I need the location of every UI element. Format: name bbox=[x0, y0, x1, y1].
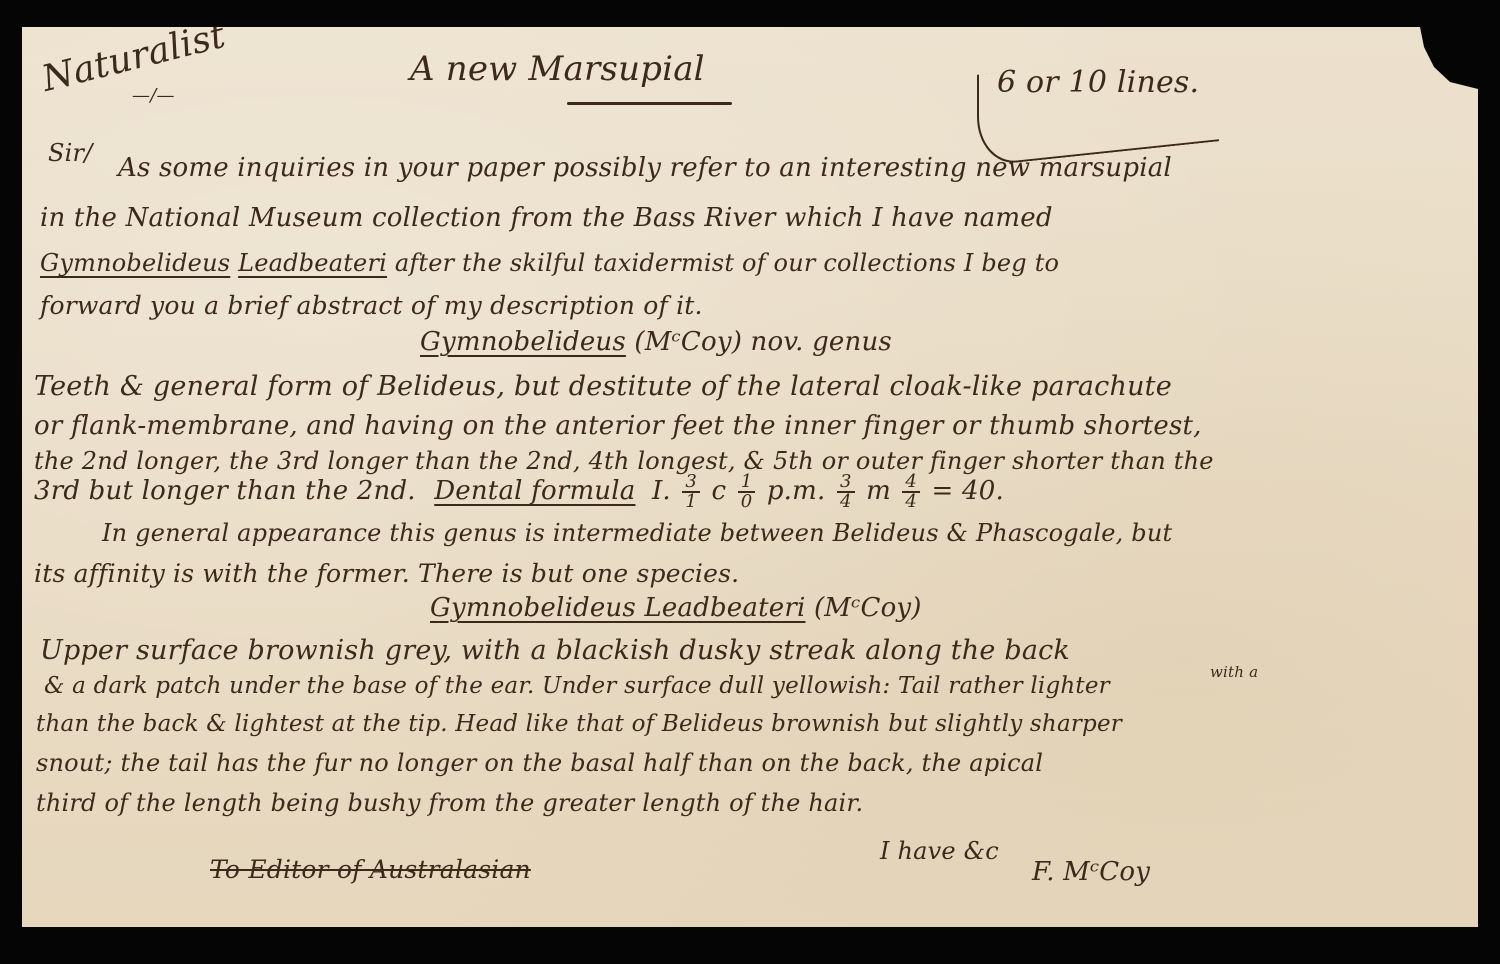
premolar-label: p.m. bbox=[767, 476, 826, 506]
paragraph-1-line-1: As some inquiries in your paper possibly… bbox=[118, 153, 1172, 183]
genus-name-underlined: Gymnobelideus bbox=[40, 249, 230, 277]
dental-formula-line: 3rd but longer than the 2nd. Dental form… bbox=[34, 473, 1004, 511]
struck-address: To Editor of Australasian bbox=[210, 855, 531, 884]
dental-formula-label: Dental formula bbox=[434, 476, 635, 506]
paragraph-1-line-3: Gymnobelideus Leadbeateri after the skil… bbox=[40, 249, 1059, 277]
species-heading-author: (MᶜCoy) bbox=[814, 593, 922, 623]
paragraph-3-line-2: its affinity is with the former. There i… bbox=[34, 559, 739, 588]
line-3-rest: after the skilful taxidermist of our col… bbox=[395, 249, 1059, 277]
species-description-line-4: snout; the tail has the fur no longer on… bbox=[36, 749, 1043, 777]
signature: F. MᶜCoy bbox=[1032, 857, 1150, 887]
species-heading: Gymnobelideus Leadbeateri (MᶜCoy) bbox=[430, 593, 922, 623]
genus-description-line-2: or flank-membrane, and having on the ant… bbox=[34, 411, 1202, 441]
genus-heading: Gymnobelideus (MᶜCoy) nov. genus bbox=[420, 327, 892, 357]
canine-label: c bbox=[711, 476, 726, 506]
title-text: A new Marsupial bbox=[410, 49, 705, 89]
premolar-fraction: 34 bbox=[837, 473, 855, 511]
genus-heading-name: Gymnobelideus bbox=[420, 327, 626, 357]
species-description-line-2: & a dark patch under the base of the ear… bbox=[44, 673, 1110, 699]
manuscript-page: Naturalist —/— A new Marsupial 6 or 10 l… bbox=[22, 27, 1478, 927]
genus-description-line-4: 3rd but longer than the 2nd. bbox=[34, 476, 416, 506]
insertion-note: with a bbox=[1210, 663, 1258, 681]
species-description-line-3: than the back & lightest at the tip. Hea… bbox=[36, 711, 1122, 737]
incisor-fraction: 31 bbox=[682, 473, 700, 511]
genus-heading-rest: (MᶜCoy) nov. genus bbox=[634, 327, 892, 357]
incisor-label: I. bbox=[652, 476, 671, 506]
dental-formula-total: = 40. bbox=[932, 476, 1004, 506]
canine-fraction: 10 bbox=[738, 473, 756, 511]
species-heading-name: Gymnobelideus Leadbeateri bbox=[430, 593, 805, 623]
genus-description-line-1: Teeth & general form of Belideus, but de… bbox=[34, 371, 1172, 402]
species-description-line-1: Upper surface brownish grey, with a blac… bbox=[40, 635, 1070, 666]
closing: I have &c bbox=[880, 837, 999, 865]
salutation: Sir/ bbox=[48, 139, 92, 167]
document-title: A new Marsupial bbox=[410, 49, 705, 89]
genus-description-line-3: the 2nd longer, the 3rd longer than the … bbox=[34, 447, 1214, 475]
species-name-underlined: Leadbeateri bbox=[238, 249, 387, 277]
paragraph-1-line-2: in the National Museum collection from t… bbox=[40, 203, 1053, 233]
paragraph-3-line-1: In general appearance this genus is inte… bbox=[102, 519, 1172, 547]
molar-label: m bbox=[866, 476, 891, 506]
margin-mark: —/— bbox=[132, 85, 175, 106]
paragraph-1-line-4: forward you a brief abstract of my descr… bbox=[40, 291, 703, 320]
length-note: 6 or 10 lines. bbox=[997, 65, 1199, 100]
title-underline bbox=[567, 102, 732, 105]
molar-fraction: 44 bbox=[902, 473, 920, 511]
species-description-line-5: third of the length being bushy from the… bbox=[36, 789, 863, 817]
